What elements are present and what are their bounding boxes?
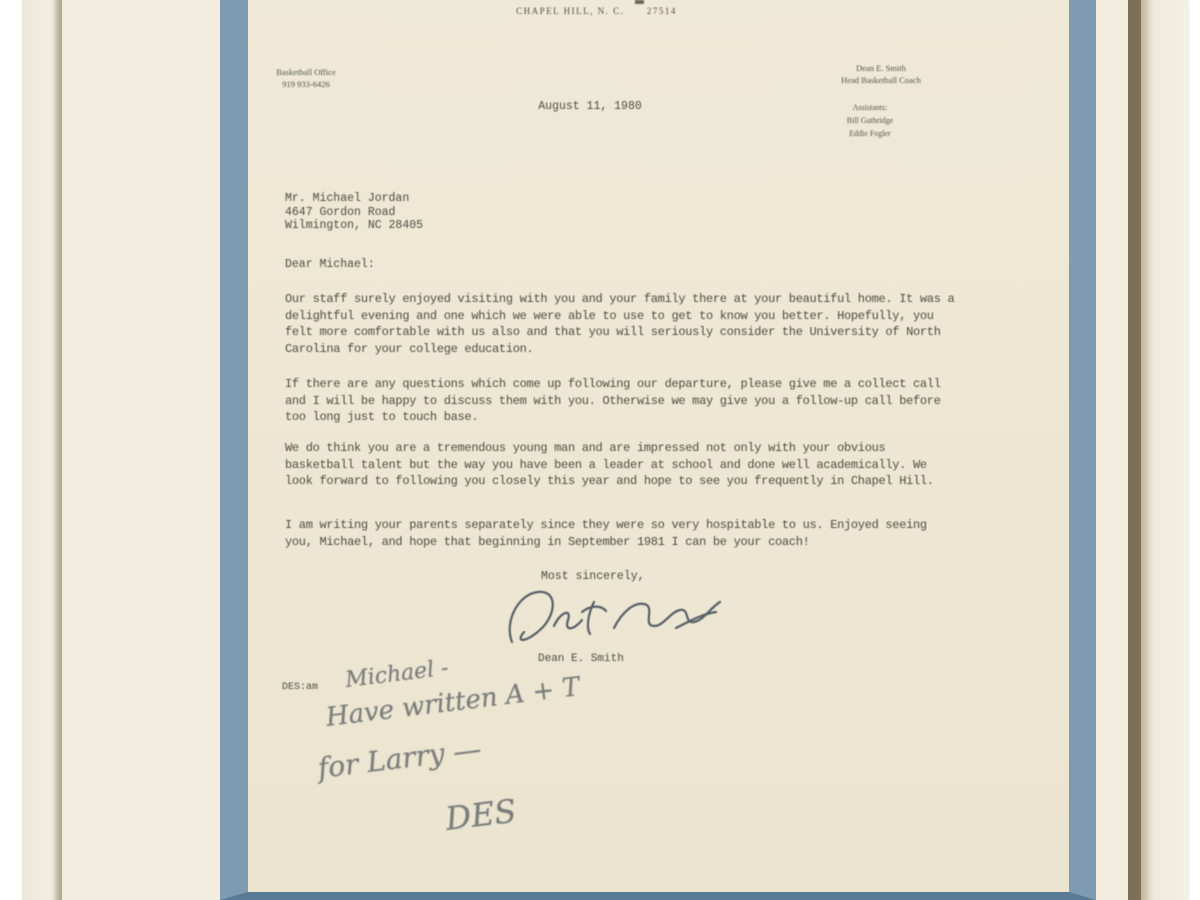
handwritten-note-initials: DES [443,792,518,838]
recipient-street: 4647 Gordon Road [285,206,423,220]
framed-letter-photo: CHAPEL HILL, N. C. 27514 Basketball Offi… [0,0,1200,900]
letterhead-crest-partial [635,0,644,4]
body-paragraph-2: If there are any questions which come up… [285,376,957,426]
body-paragraph-1: Our staff surely enjoyed visiting with y… [285,291,957,357]
office-line-1: Basketball Office [246,66,366,78]
assistant-name: Bill Guthridge [810,114,930,127]
assistant-name: Eddie Fogler [810,127,930,140]
recipient-city: Wilmington, NC 28405 [285,219,423,233]
salutation: Dear Michael: [285,258,375,271]
letterhead-coach-block: Dean E. Smith Head Basketball Coach [816,62,946,86]
handwritten-note-line: for Larry — [316,732,483,785]
letterhead-city-line: CHAPEL HILL, N. C. 27514 [186,6,1007,16]
typist-initials: DES:am [282,682,318,693]
recipient-name: Mr. Michael Jordan [285,192,423,206]
coach-title: Head Basketball Coach [816,74,946,86]
dean-smith-signature-scrawl [498,584,723,656]
handwritten-note-line: Michael - [344,656,450,693]
office-line-2: 919 933-6426 [246,78,366,90]
body-paragraph-3: We do think you are a tremendous young m… [285,440,957,490]
letterhead-office-block: Basketball Office 919 933-6426 [246,66,366,90]
letter-paper: CHAPEL HILL, N. C. 27514 Basketball Offi… [186,0,1007,893]
letter-date: August 11, 1980 [186,100,994,113]
frame-edge-right [1128,0,1187,900]
coach-name: Dean E. Smith [816,62,946,74]
recipient-address-block: Mr. Michael Jordan 4647 Gordon Road Wilm… [285,192,423,233]
body-paragraph-4: I am writing your parents separately sin… [285,517,957,550]
typed-signature-name: Dean E. Smith [538,653,624,665]
valediction: Most sincerely, [541,570,645,583]
